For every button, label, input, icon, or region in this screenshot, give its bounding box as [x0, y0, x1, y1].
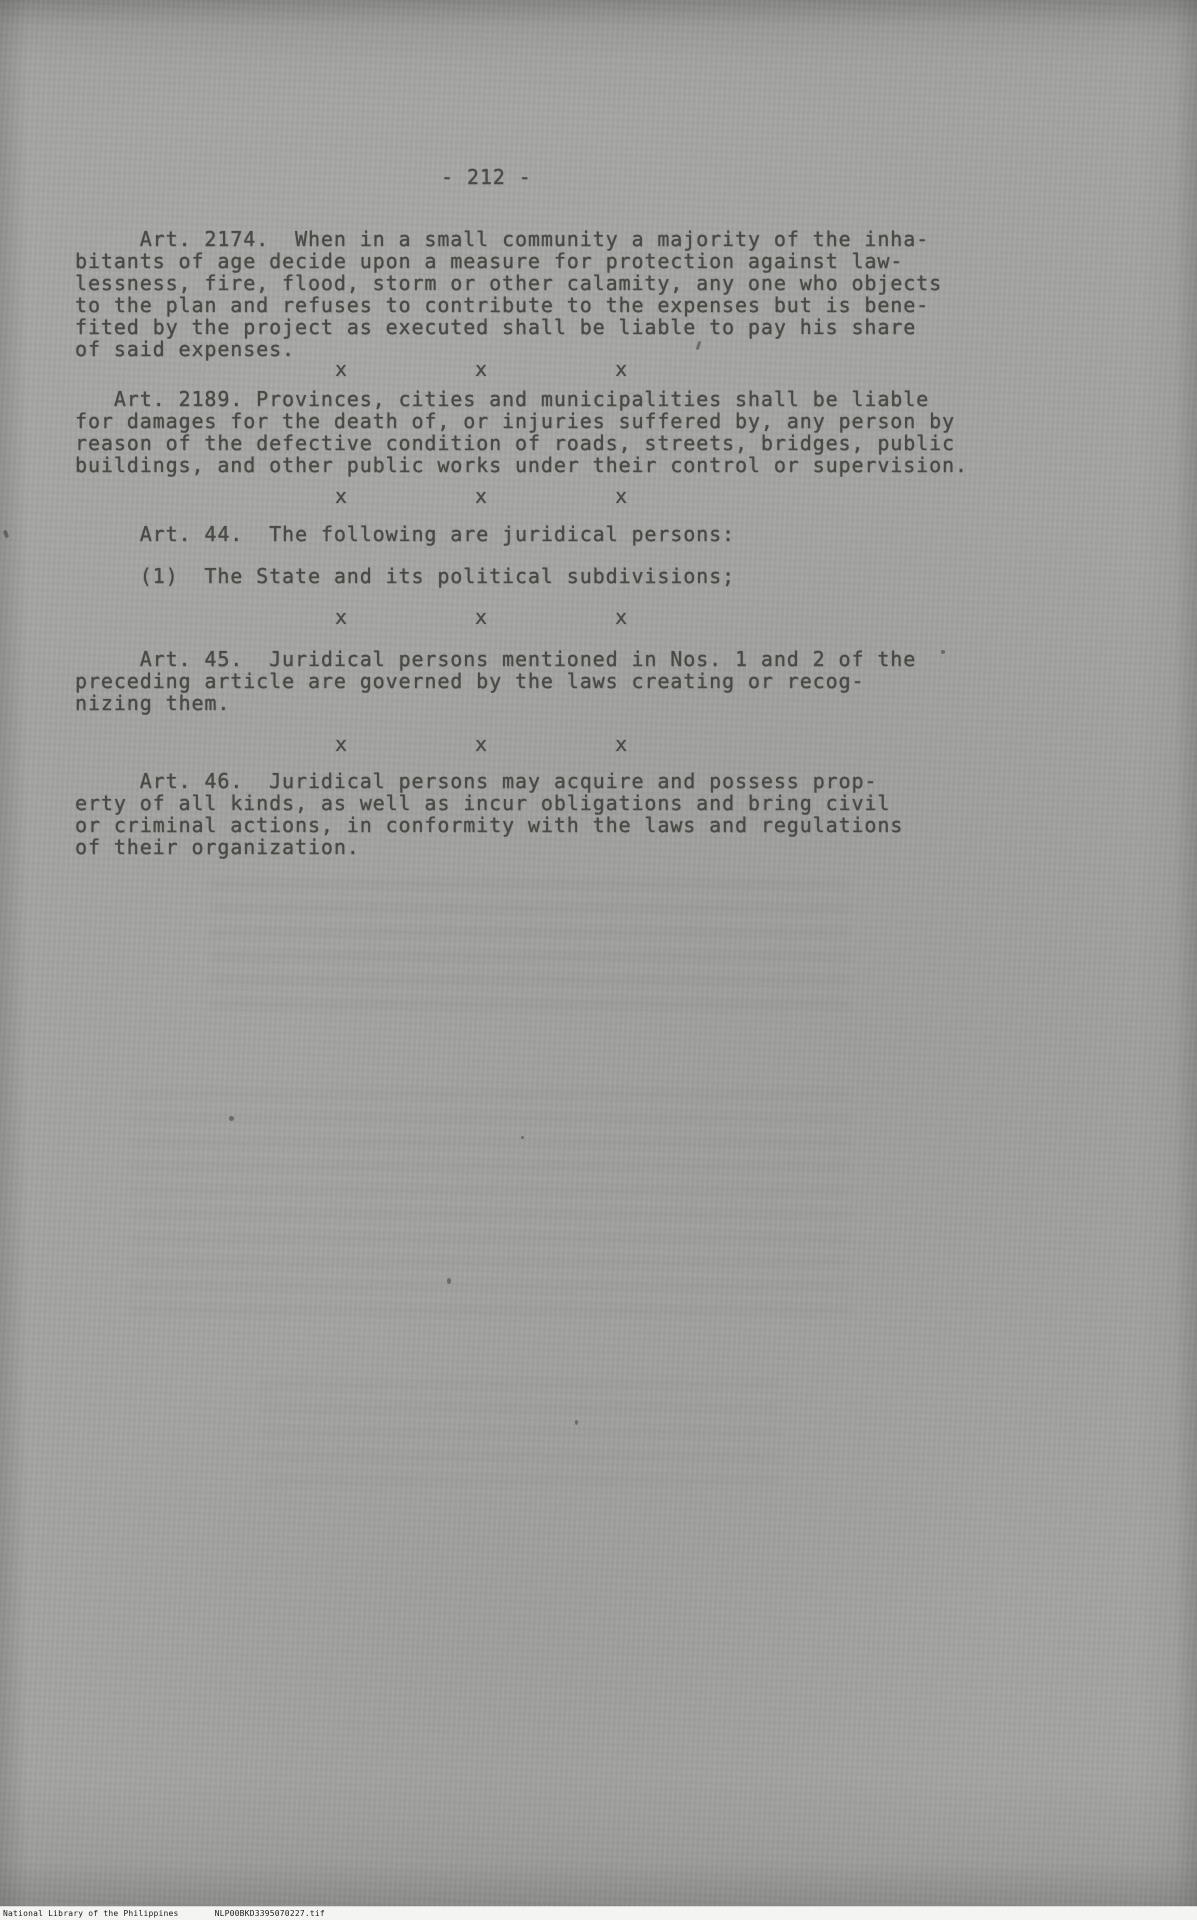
ink-speck — [575, 1420, 578, 1425]
separator-x-mark: x — [335, 358, 347, 380]
separator-x-mark: x — [615, 485, 627, 507]
list-item-1: (1) The State and its political subdivis… — [75, 565, 735, 587]
paragraph-art-46: Art. 46. Juridical persons may acquire a… — [75, 770, 903, 858]
separator-x-mark: x — [615, 358, 627, 380]
section-separator: x x x — [335, 485, 627, 507]
separator-x-mark: x — [335, 606, 347, 628]
separator-x-mark: x — [335, 485, 347, 507]
separator-x-mark: x — [475, 733, 487, 755]
ink-speck — [447, 1278, 451, 1284]
ink-speck — [229, 1116, 234, 1121]
section-separator: x x x — [335, 733, 627, 755]
section-separator: x x x — [335, 358, 627, 380]
section-separator: x x x — [335, 606, 627, 628]
separator-x-mark: x — [475, 485, 487, 507]
separator-x-mark: x — [615, 606, 627, 628]
separator-x-mark: x — [615, 733, 627, 755]
digitization-footer: National Library of the Philippines NLP0… — [0, 1906, 1197, 1920]
ink-speck — [521, 1136, 524, 1139]
separator-x-mark: x — [475, 606, 487, 628]
paragraph-art-2189: Art. 2189. Provinces, cities and municip… — [75, 388, 968, 476]
page-number: - 212 - — [441, 166, 532, 188]
paragraph-art-44: Art. 44. The following are juridical per… — [75, 523, 735, 545]
separator-x-mark: x — [335, 733, 347, 755]
paragraph-art-2174: Art. 2174. When in a small community a m… — [75, 228, 942, 360]
ink-speck — [941, 650, 945, 654]
separator-x-mark: x — [475, 358, 487, 380]
footer-library-label: National Library of the Philippines — [3, 1909, 179, 1918]
paragraph-art-45: Art. 45. Juridical persons mentioned in … — [75, 648, 916, 714]
footer-filename: NLP00BKD3395070227.tif — [215, 1909, 325, 1918]
